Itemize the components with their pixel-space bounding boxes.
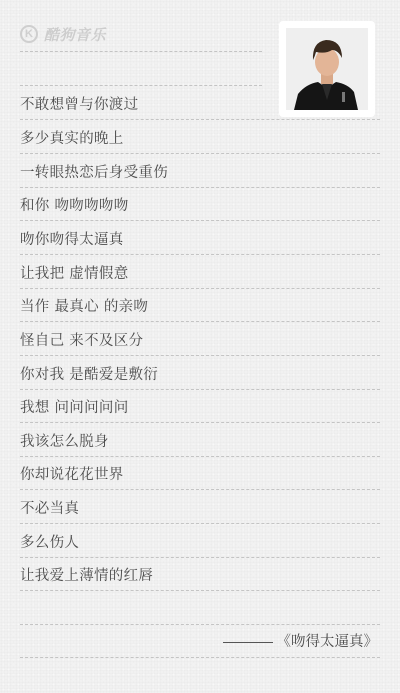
divider — [20, 51, 262, 52]
lyric-line: 我该怎么脱身 — [20, 432, 109, 452]
divider — [20, 220, 380, 221]
divider — [20, 153, 380, 154]
lyric-line: 多么伤人 — [20, 533, 79, 553]
lyric-line: 不必当真 — [20, 499, 79, 519]
divider — [20, 254, 380, 255]
logo-text: 酷狗音乐 — [44, 24, 106, 45]
lyric-line: 吻你吻得太逼真 — [20, 230, 124, 250]
lyric-line: 当作 最真心 的亲吻 — [20, 297, 148, 317]
kugou-logo: K 酷狗音乐 — [20, 22, 106, 46]
song-credit: 《吻得太逼真》 — [223, 632, 379, 652]
lyric-line: 不敢想曾与你渡过 — [20, 95, 138, 115]
lyric-line: 和你 吻吻吻吻吻 — [20, 196, 129, 216]
divider — [20, 85, 262, 86]
lyric-line: 你对我 是酷爱是敷衍 — [20, 365, 158, 385]
divider — [20, 489, 380, 490]
lyric-line: 让我把 虚情假意 — [20, 264, 129, 284]
lyric-line: 你却说花花世界 — [20, 465, 124, 485]
lyric-line: 怪自己 来不及区分 — [20, 331, 143, 351]
divider — [20, 557, 380, 558]
divider — [20, 389, 380, 390]
lyric-line: 让我爱上薄情的红唇 — [20, 566, 153, 586]
divider — [20, 657, 380, 658]
credit-dash — [223, 642, 273, 643]
divider — [20, 288, 380, 289]
artist-photo — [286, 28, 368, 110]
divider — [20, 456, 380, 457]
divider — [20, 422, 380, 423]
divider — [20, 523, 380, 524]
lyric-line: 我想 问问问问问 — [20, 398, 129, 418]
lyric-line: 多少真实的晚上 — [20, 129, 124, 149]
divider — [20, 355, 380, 356]
song-title: 《吻得太逼真》 — [277, 632, 379, 652]
divider — [20, 321, 380, 322]
lyric-line: 一转眼热恋后身受重伤 — [20, 163, 168, 183]
divider — [20, 119, 380, 120]
kugou-k-icon: K — [20, 25, 38, 43]
artist-portrait-icon — [286, 28, 368, 110]
divider — [20, 624, 380, 625]
divider — [20, 187, 380, 188]
divider — [20, 590, 380, 591]
